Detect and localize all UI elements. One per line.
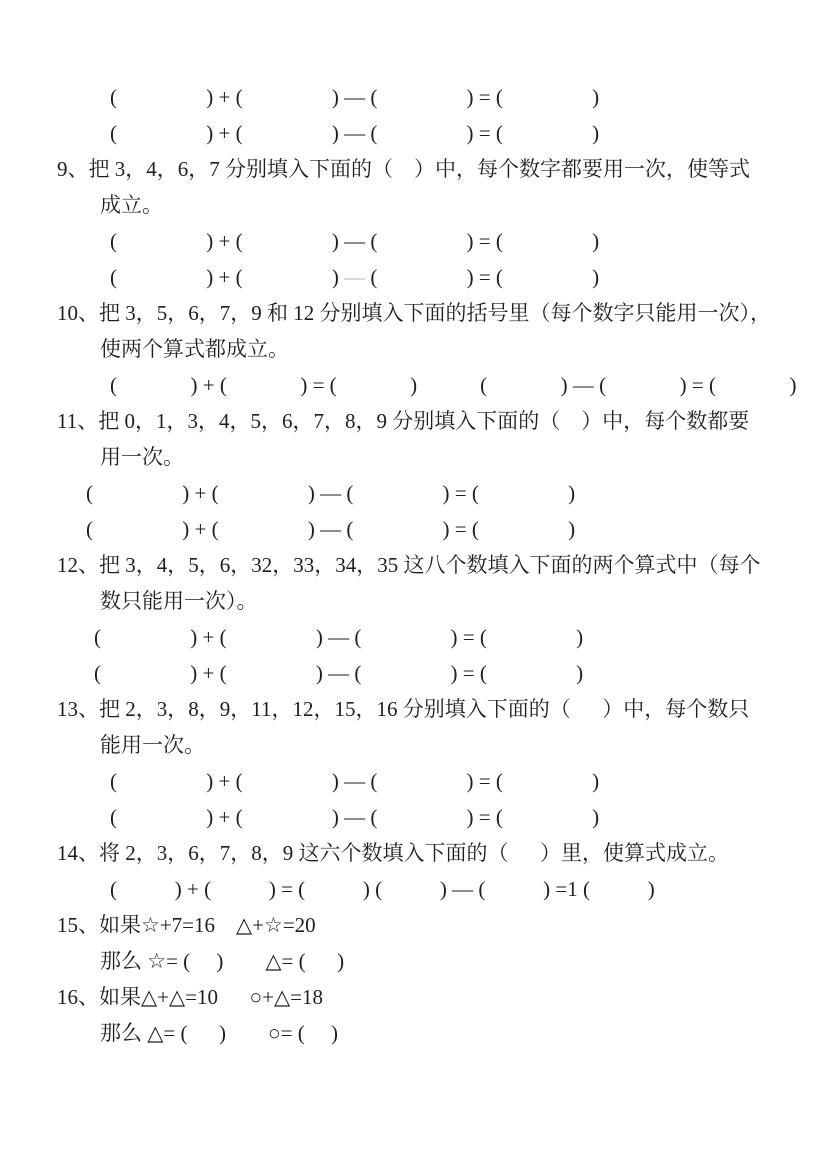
- equation-text-part2: ( ) = ( ): [365, 265, 599, 289]
- problem-13-text-continuation: 能用一次。: [100, 732, 826, 758]
- equation-blank-line: ( ) + ( ) — ( ) = ( ): [94, 624, 826, 650]
- equation-blank-line-double: ( ) + ( ) = ( ) ( ) — ( ) = ( ): [110, 372, 826, 398]
- problem-12-heading: 12、把 3，4，5，6，32，33，34，35 这八个数填入下面的两个算式中（…: [57, 552, 826, 578]
- problem-11-text-continuation: 用一次。: [100, 444, 826, 470]
- problem-9-text-continuation: 成立。: [100, 192, 826, 218]
- equation-blank-line: ( ) + ( ) — ( ) = ( ): [94, 660, 826, 686]
- equation-text: ( ) + ( ) — ( ) = ( ): [94, 625, 583, 649]
- problem-15-heading: 15、如果☆+7=16 △+☆=20: [57, 912, 826, 938]
- problem-10-text: 把 3，5，6，7，9 和 12 分别填入下面的括号里（每个数字只能用一次），: [99, 301, 771, 325]
- problem-15-text: 如果☆+7=16 △+☆=20: [99, 913, 316, 937]
- equation-text: ( ) + ( ) — ( ) = ( ): [94, 661, 583, 685]
- problem-12-text-2: 数只能用一次）。: [100, 589, 258, 613]
- equation-text: ( ) + ( ) = ( ) ( ) — ( ) =1 ( ): [110, 877, 655, 901]
- problem-16-answer-line: 那么 △= ( ) ○= ( ): [100, 1020, 826, 1046]
- equation-text: ( ) + ( ) = ( ) ( ) — ( ) = ( ): [110, 373, 796, 397]
- problem-9-text: 把 3，4，6，7 分别填入下面的（ ）中，每个数字都要用一次，使等式: [89, 157, 751, 181]
- problem-12-text-continuation: 数只能用一次）。: [100, 588, 826, 614]
- problem-16-answer-text: 那么 △= ( ) ○= ( ): [100, 1021, 338, 1045]
- equation-blank-line: ( ) + ( ) — ( ) = ( ): [110, 84, 826, 110]
- worksheet-content: ( ) + ( ) — ( ) = ( ) ( ) + ( ) — ( ) = …: [0, 0, 826, 1046]
- equation-text: ( ) + ( ) — ( ) = ( ): [110, 121, 599, 145]
- problem-13-text: 把 2，3，8，9，11，12，15，16 分别填入下面的（ ）中，每个数只: [99, 697, 749, 721]
- problem-14-number: 14、: [57, 841, 99, 865]
- problem-11-text: 把 0，1，3，4，5，6，7，8，9 分别填入下面的（ ）中，每个数都要: [98, 409, 749, 433]
- equation-blank-line-double: ( ) + ( ) = ( ) ( ) — ( ) =1 ( ): [110, 876, 826, 902]
- problem-13-text-2: 能用一次。: [100, 733, 205, 757]
- equation-blank-line: ( ) + ( ) — ( ) = ( ): [110, 804, 826, 830]
- problem-10-heading: 10、把 3，5，6，7，9 和 12 分别填入下面的括号里（每个数字只能用一次…: [57, 300, 826, 326]
- problem-15-number: 15、: [57, 913, 99, 937]
- problem-9-heading: 9、把 3，4，6，7 分别填入下面的（ ）中，每个数字都要用一次，使等式: [57, 156, 826, 182]
- equation-text: ( ) + ( ) — ( ) = ( ): [110, 85, 599, 109]
- equation-text: ( ) + ( ) — ( ) = ( ): [86, 481, 575, 505]
- problem-9-text-2: 成立。: [100, 193, 163, 217]
- equation-blank-line: ( ) + ( ) — ( ) = ( ): [110, 120, 826, 146]
- problem-11-heading: 11、把 0，1，3，4，5，6，7，8，9 分别填入下面的（ ）中，每个数都要: [57, 408, 826, 434]
- equation-blank-line: ( ) + ( ) — ( ) = ( ): [86, 516, 826, 542]
- problem-14-text: 将 2，3，6，7，8，9 这六个数填入下面的（ ）里，使算式成立。: [99, 841, 729, 865]
- worksheet-page: ( ) + ( ) — ( ) = ( ) ( ) + ( ) — ( ) = …: [0, 0, 826, 1169]
- problem-11-text-2: 用一次。: [100, 445, 184, 469]
- problem-15-answer-text: 那么 ☆= ( ) △= ( ): [100, 949, 344, 973]
- problem-13-heading: 13、把 2，3，8，9，11，12，15，16 分别填入下面的（ ）中，每个数…: [57, 696, 826, 722]
- problem-9-number: 9、: [57, 157, 89, 181]
- equation-blank-line: ( ) + ( ) — ( ) = ( ): [86, 480, 826, 506]
- equation-text: ( ) + ( ) — ( ) = ( ): [110, 805, 599, 829]
- equation-text: ( ) + ( ) — ( ) = ( ): [110, 229, 599, 253]
- equation-text-part1: ( ) + ( ): [110, 265, 344, 289]
- equation-blank-line: ( ) + ( ) — ( ) = ( ): [110, 228, 826, 254]
- problem-13-number: 13、: [57, 697, 99, 721]
- problem-10-text-continuation: 使两个算式都成立。: [100, 336, 826, 362]
- equation-text: ( ) + ( ) — ( ) = ( ): [86, 517, 575, 541]
- problem-15-answer-line: 那么 ☆= ( ) △= ( ): [100, 948, 826, 974]
- problem-11-number: 11、: [57, 409, 98, 433]
- equation-blank-line: ( ) + ( ) — ( ) = ( ): [110, 768, 826, 794]
- problem-10-text-2: 使两个算式都成立。: [100, 337, 289, 361]
- equation-blank-line: ( ) + ( ) — ( ) = ( ): [110, 264, 826, 290]
- problem-14-heading: 14、将 2，3，6，7，8，9 这六个数填入下面的（ ）里，使算式成立。: [57, 840, 826, 866]
- problem-10-number: 10、: [57, 301, 99, 325]
- problem-16-number: 16、: [57, 985, 99, 1009]
- problem-16-heading: 16、如果△+△=10 ○+△=18: [57, 984, 826, 1010]
- problem-12-number: 12、: [57, 553, 99, 577]
- problem-12-text: 把 3，4，5，6，32，33，34，35 这八个数填入下面的两个算式中（每个: [99, 553, 761, 577]
- equation-text: ( ) + ( ) — ( ) = ( ): [110, 769, 599, 793]
- problem-16-text: 如果△+△=10 ○+△=18: [99, 985, 323, 1009]
- minus-dash-faded: —: [344, 265, 365, 289]
